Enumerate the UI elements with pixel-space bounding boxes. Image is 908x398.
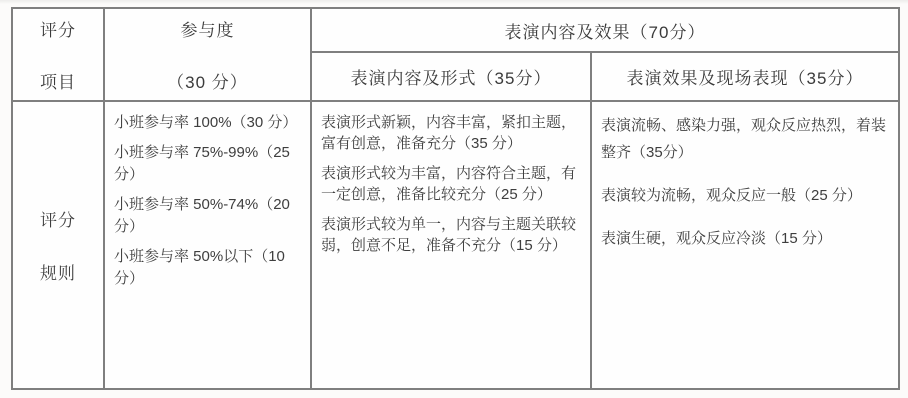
score-rules-label-line1: 评分 [40, 206, 76, 231]
header-score-item-line1: 评分 [40, 16, 76, 41]
participation-rules-cell: 小班参与率 100%（30 分） 小班参与率 75%-99%（25 分） 小班参… [104, 101, 311, 389]
header-participation-line1: 参与度 [181, 16, 235, 41]
rule-item: 表演形式新颖，内容丰富，紧扣主题，富有创意，准备充分（35 分） [321, 112, 582, 154]
header-effect-live-label: 表演效果及现场表现（35分） [627, 69, 864, 88]
content-form-rules-cell: 表演形式新颖，内容丰富，紧扣主题，富有创意，准备充分（35 分） 表演形式较为丰… [311, 101, 591, 389]
header-participation-cell: 参与度 （30 分） [104, 8, 311, 101]
body-score-rules-label-cell: 评分 规则 [12, 101, 104, 389]
header-row-top: 评分 项目 参与度 （30 分） 表演内容及效果（70分） [12, 8, 899, 52]
header-performance-group-label: 表演内容及效果（70分） [505, 23, 706, 42]
rule-item: 表演流畅、感染力强，观众反应热烈，着装整齐（35分） [601, 112, 890, 166]
header-participation-line2: （30 分） [167, 68, 248, 93]
rule-item: 小班参与率 75%-99%（25 分） [114, 142, 304, 186]
header-content-form-label: 表演内容及形式（35分） [351, 69, 552, 88]
rules-row: 评分 规则 小班参与率 100%（30 分） 小班参与率 75%-99%（25 … [12, 101, 899, 389]
score-rules-label-line2: 规则 [40, 259, 76, 284]
effect-live-rules-cell: 表演流畅、感染力强，观众反应热烈，着装整齐（35分） 表演较为流畅，观众反应一般… [591, 101, 899, 389]
header-score-item-cell: 评分 项目 [12, 8, 104, 101]
rule-item: 小班参与率 50%-74%（20 分） [114, 194, 304, 238]
rule-item: 表演形式较为单一，内容与主题关联较弱，创意不足，准备不充分（15 分） [321, 214, 582, 256]
photo-edge-artifact [0, 0, 908, 4]
header-effect-live-cell: 表演效果及现场表现（35分） [591, 52, 899, 101]
rule-item: 小班参与率 50%以下（10 分） [114, 246, 304, 290]
scanned-document-page: 评分 项目 参与度 （30 分） 表演内容及效果（70分） 表演内容及形式（35… [0, 0, 908, 398]
rule-item: 小班参与率 100%（30 分） [114, 112, 304, 134]
scoring-rubric-table: 评分 项目 参与度 （30 分） 表演内容及效果（70分） 表演内容及形式（35… [11, 7, 900, 390]
header-score-item-line2: 项目 [40, 68, 76, 93]
rule-item: 表演较为流畅，观众反应一般（25 分） [601, 182, 890, 209]
rule-item: 表演生硬，观众反应冷淡（15 分） [601, 225, 890, 252]
rule-item: 表演形式较为丰富，内容符合主题，有一定创意，准备比较充分（25 分） [321, 163, 582, 205]
header-content-form-cell: 表演内容及形式（35分） [311, 52, 591, 101]
header-performance-group-cell: 表演内容及效果（70分） [311, 8, 899, 52]
